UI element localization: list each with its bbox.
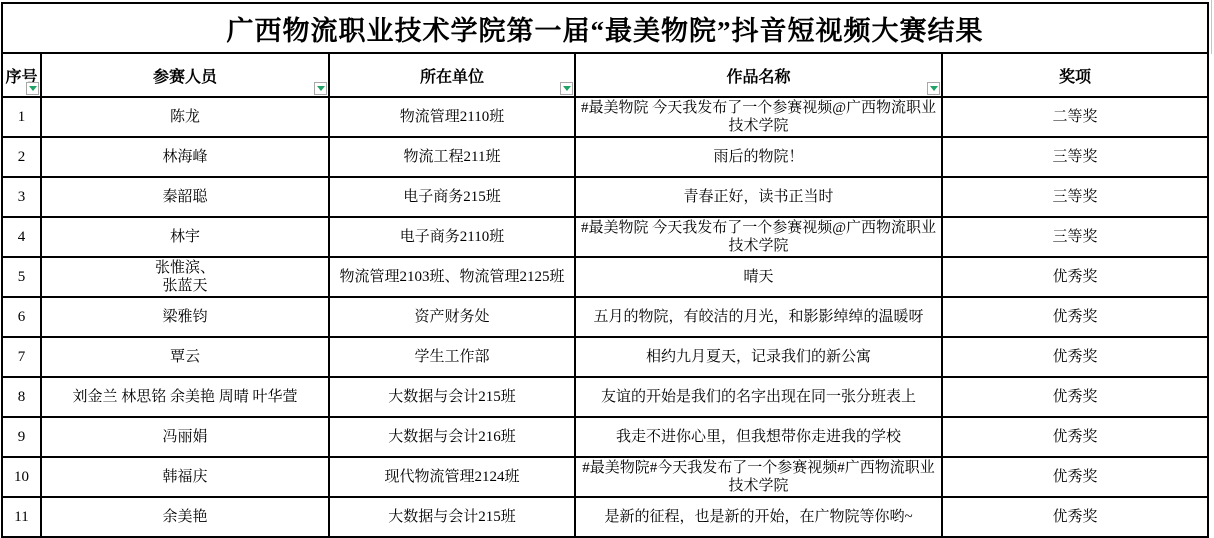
cell-award[interactable]: 优秀奖 (942, 297, 1208, 337)
cell-work[interactable]: 晴天 (575, 257, 942, 297)
cell-work[interactable]: 雨后的物院！ (575, 137, 942, 177)
cell-name[interactable]: 林海峰 (41, 137, 329, 177)
cell-unit[interactable]: 电子商务215班 (329, 177, 575, 217)
spreadsheet-view: 广西物流职业技术学院第一届“最美物院”抖音短视频大赛结果 序号 参赛人员 所在单… (0, 0, 1214, 538)
cell-award[interactable]: 优秀奖 (942, 457, 1208, 497)
results-table: 广西物流职业技术学院第一届“最美物院”抖音短视频大赛结果 序号 参赛人员 所在单… (1, 2, 1209, 538)
cell-no[interactable]: 8 (2, 377, 41, 417)
cell-award[interactable]: 优秀奖 (942, 377, 1208, 417)
cell-award[interactable]: 优秀奖 (942, 337, 1208, 377)
col-header-name: 参赛人员 (41, 53, 329, 97)
cell-unit[interactable]: 物流管理2110班 (329, 97, 575, 137)
col-header-work-label: 作品名称 (726, 69, 790, 86)
cell-award[interactable]: 优秀奖 (942, 497, 1208, 537)
table-row: 5 张惟滨、 张蓝天 物流管理2103班、物流管理2125班 晴天 优秀奖 (2, 257, 1208, 297)
cell-unit[interactable]: 大数据与会计215班 (329, 497, 575, 537)
cell-no[interactable]: 7 (2, 337, 41, 377)
filter-button-unit[interactable] (560, 82, 573, 95)
cell-work[interactable]: 相约九月夏天，记录我们的新公寓 (575, 337, 942, 377)
cell-work[interactable]: 是新的征程，也是新的开始，在广物院等你哟~ (575, 497, 942, 537)
cell-no[interactable]: 4 (2, 217, 41, 257)
title-row: 广西物流职业技术学院第一届“最美物院”抖音短视频大赛结果 (2, 3, 1208, 53)
header-row: 序号 参赛人员 所在单位 作品名称 奖项 (2, 53, 1208, 97)
cell-unit[interactable]: 现代物流管理2124班 (329, 457, 575, 497)
cell-award[interactable]: 三等奖 (942, 217, 1208, 257)
table-row: 9 冯丽娟 大数据与会计216班 我走不进你心里，但我想带你走进我的学校 优秀奖 (2, 417, 1208, 457)
cell-name[interactable]: 覃云 (41, 337, 329, 377)
cell-name[interactable]: 林宇 (41, 217, 329, 257)
cell-work[interactable]: 青春正好，读书正当时 (575, 177, 942, 217)
col-header-name-label: 参赛人员 (153, 69, 217, 86)
cell-award[interactable]: 三等奖 (942, 177, 1208, 217)
table-row: 8 刘金兰 林思铭 余美艳 周晴 叶华萱 大数据与会计215班 友谊的开始是我们… (2, 377, 1208, 417)
table-row: 6 梁雅钧 资产财务处 五月的物院，有皎洁的月光，和影影绰绰的温暖呀 优秀奖 (2, 297, 1208, 337)
cell-unit[interactable]: 大数据与会计215班 (329, 377, 575, 417)
cell-award[interactable]: 优秀奖 (942, 257, 1208, 297)
cell-name[interactable]: 余美艳 (41, 497, 329, 537)
table-row: 2 林海峰 物流工程211班 雨后的物院！ 三等奖 (2, 137, 1208, 177)
col-header-award: 奖项 (942, 53, 1208, 97)
cell-award[interactable]: 优秀奖 (942, 417, 1208, 457)
chevron-down-icon (29, 86, 37, 91)
filter-button-work[interactable] (927, 82, 940, 95)
filter-button-name[interactable] (314, 82, 327, 95)
col-header-no: 序号 (2, 53, 41, 97)
table-row: 4 林宇 电子商务2110班 #最美物院 今天我发布了一个参赛视频@广西物流职业… (2, 217, 1208, 257)
cell-unit[interactable]: 资产财务处 (329, 297, 575, 337)
cell-award[interactable]: 二等奖 (942, 97, 1208, 137)
cell-work[interactable]: 我走不进你心里，但我想带你走进我的学校 (575, 417, 942, 457)
table-row: 1 陈龙 物流管理2110班 #最美物院 今天我发布了一个参赛视频@广西物流职业… (2, 97, 1208, 137)
spreadsheet-gridline (1211, 0, 1212, 54)
cell-unit[interactable]: 物流管理2103班、物流管理2125班 (329, 257, 575, 297)
cell-unit[interactable]: 物流工程211班 (329, 137, 575, 177)
cell-name[interactable]: 张惟滨、 张蓝天 (41, 257, 329, 297)
table-row: 10 韩福庆 现代物流管理2124班 #最美物院#今天我发布了一个参赛视频#广西… (2, 457, 1208, 497)
col-header-unit-label: 所在单位 (420, 69, 484, 86)
cell-work[interactable]: #最美物院 今天我发布了一个参赛视频@广西物流职业技术学院 (575, 217, 942, 257)
cell-no[interactable]: 6 (2, 297, 41, 337)
cell-no[interactable]: 2 (2, 137, 41, 177)
cell-unit[interactable]: 学生工作部 (329, 337, 575, 377)
cell-work[interactable]: 友谊的开始是我们的名字出现在同一张分班表上 (575, 377, 942, 417)
cell-name[interactable]: 陈龙 (41, 97, 329, 137)
cell-no[interactable]: 10 (2, 457, 41, 497)
chevron-down-icon (317, 86, 325, 91)
cell-unit[interactable]: 电子商务2110班 (329, 217, 575, 257)
cell-name[interactable]: 秦韶聪 (41, 177, 329, 217)
cell-no[interactable]: 9 (2, 417, 41, 457)
cell-name[interactable]: 冯丽娟 (41, 417, 329, 457)
cell-work[interactable]: 五月的物院，有皎洁的月光，和影影绰绰的温暖呀 (575, 297, 942, 337)
table-row: 3 秦韶聪 电子商务215班 青春正好，读书正当时 三等奖 (2, 177, 1208, 217)
cell-award[interactable]: 三等奖 (942, 137, 1208, 177)
cell-work[interactable]: #最美物院#今天我发布了一个参赛视频#广西物流职业技术学院 (575, 457, 942, 497)
cell-unit[interactable]: 大数据与会计216班 (329, 417, 575, 457)
cell-name[interactable]: 刘金兰 林思铭 余美艳 周晴 叶华萱 (41, 377, 329, 417)
filter-button-no[interactable] (26, 82, 39, 95)
page-title: 广西物流职业技术学院第一届“最美物院”抖音短视频大赛结果 (2, 3, 1208, 53)
cell-name[interactable]: 韩福庆 (41, 457, 329, 497)
table-row: 7 覃云 学生工作部 相约九月夏天，记录我们的新公寓 优秀奖 (2, 337, 1208, 377)
cell-work[interactable]: #最美物院 今天我发布了一个参赛视频@广西物流职业技术学院 (575, 97, 942, 137)
table-row: 11 余美艳 大数据与会计215班 是新的征程，也是新的开始，在广物院等你哟~ … (2, 497, 1208, 537)
col-header-work: 作品名称 (575, 53, 942, 97)
cell-name[interactable]: 梁雅钧 (41, 297, 329, 337)
cell-no[interactable]: 5 (2, 257, 41, 297)
cell-no[interactable]: 11 (2, 497, 41, 537)
chevron-down-icon (563, 86, 571, 91)
cell-no[interactable]: 3 (2, 177, 41, 217)
col-header-unit: 所在单位 (329, 53, 575, 97)
chevron-down-icon (930, 86, 938, 91)
cell-no[interactable]: 1 (2, 97, 41, 137)
col-header-award-label: 奖项 (1059, 69, 1091, 86)
